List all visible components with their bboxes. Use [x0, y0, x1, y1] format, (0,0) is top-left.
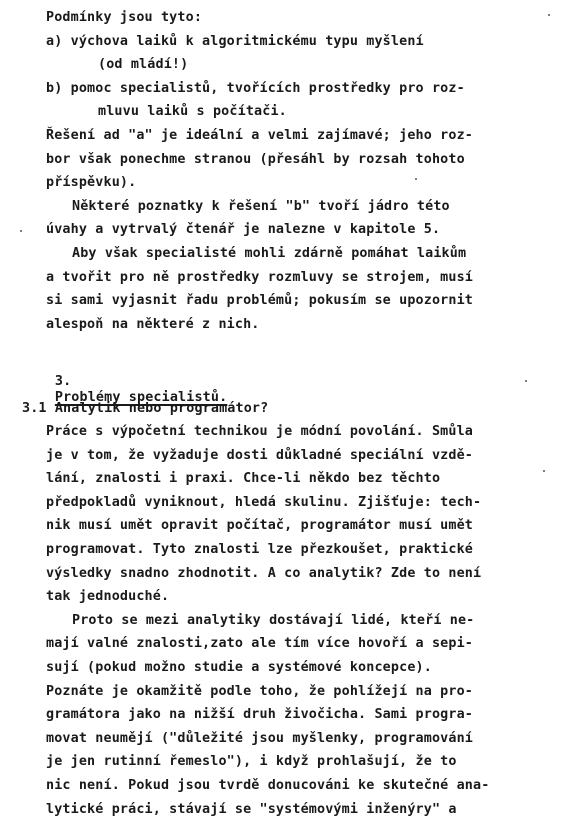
text-line: Řešení ad "a" je ideální a velmi zajímav…: [46, 128, 473, 144]
text-line: nic není. Pokud jsou tvrdě donucováni ke…: [46, 778, 489, 794]
text-line: a) výchova laiků k algoritmickému typu m…: [46, 34, 424, 50]
text-line: gramátora jako na nižší druh živočicha. …: [46, 707, 473, 723]
text-line: si sami vyjasnit řadu problémů; pokusím …: [46, 293, 473, 309]
text-line: je jen rutinní řemeslo"), i když prohlaš…: [46, 754, 457, 770]
text-line: programovat. Tyto znalosti lze přezkouše…: [46, 542, 473, 558]
scan-speck: [525, 380, 527, 382]
text-line: je v tom, že vyžaduje dosti důkladné spe…: [46, 448, 473, 464]
text-line: Podmínky jsou tyto:: [46, 10, 202, 26]
scan-speck: [415, 178, 417, 180]
text-line: alespoň na některé z nich.: [46, 317, 260, 333]
text-line: mají valné znalosti,zato ale tím více ho…: [46, 636, 473, 652]
scan-speck: [20, 230, 22, 232]
text-line: sují (pokud možno studie a systémové kon…: [46, 660, 432, 676]
text-line: nik musí umět opravit počítač, programát…: [46, 518, 473, 534]
text-line: úvahy a vytrvalý čtenář je nalezne v kap…: [46, 222, 440, 238]
subsection-heading: 3.1 Analytik nebo programátor?: [22, 401, 268, 417]
text-line: Proto se mezi analytiky dostávají lidé, …: [72, 613, 474, 629]
text-line: tak jednoduché.: [46, 589, 169, 605]
text-line: lytické práci, stávají se "systémovými i…: [46, 802, 457, 818]
text-line: b) pomoc specialistů, tvořících prostřed…: [46, 81, 465, 97]
section-number: 3.: [55, 374, 71, 389]
text-line: (od mládí!): [98, 57, 188, 73]
document-page: Podmínky jsou tyto:a) výchova laiků k al…: [0, 0, 570, 822]
text-line: předpokladů vyniknout, hledá skulinu. Zj…: [46, 495, 481, 511]
text-line: mluvu laiků s počítači.: [98, 104, 287, 120]
scan-speck: [548, 14, 550, 16]
text-line: bor však ponechme stranou (přesáhl by ro…: [46, 152, 465, 168]
text-line: Některé poznatky k řešení "b" tvoří jádr…: [72, 199, 450, 215]
text-line: Práce s výpočetní technikou je módní pov…: [46, 424, 473, 440]
text-line: lání, znalosti i praxi. Chce-li někdo be…: [46, 471, 440, 487]
text-line: a tvořit pro ně prostředky rozmluvy se s…: [46, 270, 473, 286]
scan-speck: [543, 470, 545, 472]
text-line: výsledky snadno zhodnotit. A co analytik…: [46, 566, 481, 582]
text-line: Aby však specialisté mohli zdárně pomáha…: [72, 246, 466, 262]
text-line: příspěvku).: [46, 175, 136, 191]
text-line: movat neumějí ("důležité jsou myšlenky, …: [46, 731, 473, 747]
text-line: Poznáte je okamžitě podle toho, že pohlí…: [46, 684, 473, 700]
